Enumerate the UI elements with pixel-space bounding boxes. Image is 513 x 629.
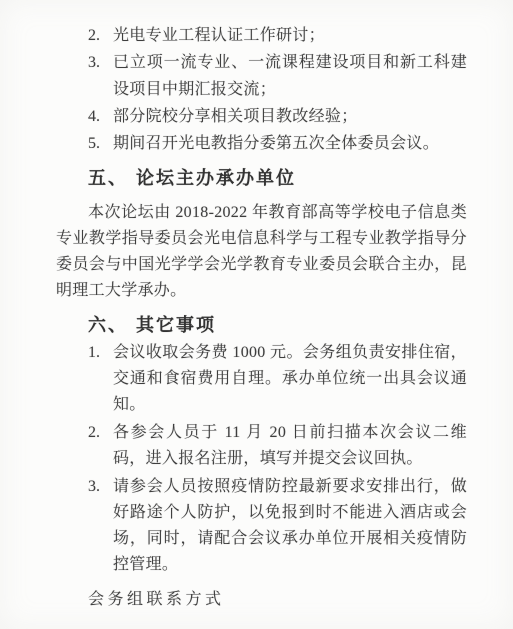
list-item: 2. 各参会人员于 11 月 20 日前扫描本次会议二维码，进入报名注册，填写并… [88,420,467,472]
section-number: 六、 [88,315,128,335]
list-item: 4. 部分院校分享相关项目教改经验； [88,103,467,130]
agenda-list: 2. 光电专业工程认证工作研讨； 3. 已立项一流专业、一流课程建设项目和新工科… [88,22,467,157]
list-item-number: 3. [88,49,113,76]
list-item: 3. 请参会人员按照疫情防控最新要求安排出行，做好路途个人防护，以免报到时不能进… [88,474,467,578]
section-heading-organizers: 五、论坛主办承办单位 [88,165,467,191]
list-item-number: 2. [88,420,113,446]
list-item-number: 1. [88,340,113,366]
list-item-text: 光电专业工程认证工作研讨； [113,22,467,49]
list-item-text: 各参会人员于 11 月 20 日前扫描本次会议二维码，进入报名注册，填写并提交会… [113,420,467,472]
section-number: 五、 [88,168,128,188]
list-item-text: 期间召开光电教指分委第五次全体委员会议。 [113,130,467,157]
list-item-text: 部分院校分享相关项目教改经验； [113,103,467,130]
organizers-paragraph: 本次论坛由 2018-2022 年教育部高等学校电子信息类专业教学指导委员会光电… [56,200,467,304]
list-item: 3. 已立项一流专业、一流课程建设项目和新工科建设项目中期汇报交流； [88,49,467,103]
list-item: 1. 会议收取会务费 1000 元。会务组负责安排住宿，交通和食宿费用自理。承办… [88,340,467,418]
section-title: 其它事项 [136,315,216,335]
list-item-number: 2. [88,22,113,49]
list-item: 5. 期间召开光电教指分委第五次全体委员会议。 [88,130,467,157]
list-item-text: 请参会人员按照疫情防控最新要求安排出行，做好路途个人防护，以免报到时不能进入酒店… [113,474,467,578]
list-item-text: 已立项一流专业、一流课程建设项目和新工科建设项目中期汇报交流； [113,49,467,103]
document-page: 2. 光电专业工程认证工作研讨； 3. 已立项一流专业、一流课程建设项目和新工科… [0,0,513,629]
section-title: 论坛主办承办单位 [136,168,296,188]
list-item-number: 3. [88,474,113,500]
list-item-number: 5. [88,130,113,157]
section-heading-other-matters: 六、其它事项 [88,312,467,338]
contact-heading: 会务组联系方式 [88,587,467,613]
list-item: 2. 光电专业工程认证工作研讨； [88,22,467,49]
list-item-text: 会议收取会务费 1000 元。会务组负责安排住宿，交通和食宿费用自理。承办单位统… [113,340,467,418]
list-item-number: 4. [88,103,113,130]
other-matters-list: 1. 会议收取会务费 1000 元。会务组负责安排住宿，交通和食宿费用自理。承办… [88,340,467,578]
